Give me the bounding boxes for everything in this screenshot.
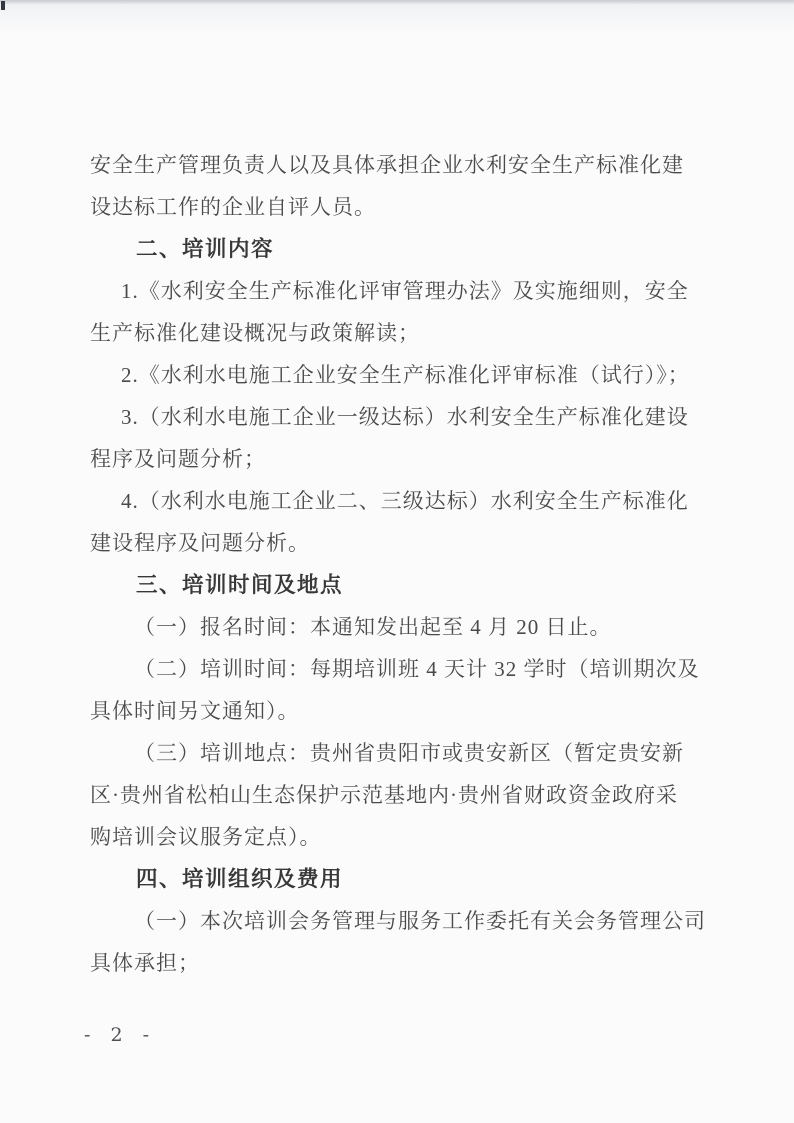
text-line: 具体承担；	[90, 942, 714, 984]
text-line: 建设程序及问题分析。	[90, 522, 714, 564]
numbered-item-3: 3.（水利水电施工企业一级达标）水利安全生产标准化建设 程序及问题分析；	[90, 396, 714, 480]
numbered-item-1: 1.《水利安全生产标准化评审管理办法》及实施细则，安全 生产标准化建设概况与政策…	[90, 270, 714, 354]
text-line: 4.（水利水电施工企业二、三级达标）水利安全生产标准化	[90, 480, 714, 522]
section-heading-time-place: 三、培训时间及地点	[90, 564, 714, 606]
paragraph-continuation: 安全生产管理负责人以及具体承担企业水利安全生产标准化建 设达标工作的企业自评人员…	[90, 144, 714, 228]
list-item-training-time: （二）培训时间：每期培训班 4 天计 32 学时（培训期次及 具体时间另文通知）…	[90, 648, 714, 732]
text-line: 安全生产管理负责人以及具体承担企业水利安全生产标准化建	[90, 144, 714, 186]
scan-edge-shadow	[0, 0, 794, 34]
text-line: 具体时间另文通知）。	[90, 690, 714, 732]
document-body: 安全生产管理负责人以及具体承担企业水利安全生产标准化建 设达标工作的企业自评人员…	[90, 144, 714, 984]
text-line: 3.（水利水电施工企业一级达标）水利安全生产标准化建设	[90, 396, 714, 438]
text-line: 设达标工作的企业自评人员。	[90, 186, 714, 228]
text-line: 购培训会议服务定点）。	[90, 816, 714, 858]
text-line: 2.《水利水电施工企业安全生产标准化评审标准（试行）》；	[90, 354, 714, 396]
scan-artifact-mark	[1, 1, 5, 10]
text-line: 1.《水利安全生产标准化评审管理办法》及实施细则，安全	[90, 270, 714, 312]
text-line: 程序及问题分析；	[90, 438, 714, 480]
list-item-registration-time: （一）报名时间：本通知发出起至 4 月 20 日止。	[90, 606, 714, 648]
list-item-training-place: （三）培训地点：贵州省贵阳市或贵安新区（暂定贵安新 区·贵州省松柏山生态保护示范…	[90, 732, 714, 858]
text-line: （一）本次培训会务管理与服务工作委托有关会务管理公司	[90, 900, 714, 942]
section-heading-organization-fees: 四、培训组织及费用	[90, 858, 714, 900]
text-line: 生产标准化建设概况与政策解读；	[90, 312, 714, 354]
numbered-item-2: 2.《水利水电施工企业安全生产标准化评审标准（试行）》；	[90, 354, 714, 396]
numbered-item-4: 4.（水利水电施工企业二、三级达标）水利安全生产标准化 建设程序及问题分析。	[90, 480, 714, 564]
page-number: - 2 -	[84, 1021, 156, 1049]
text-line: （一）报名时间：本通知发出起至 4 月 20 日止。	[90, 606, 714, 648]
scanned-document-page: 安全生产管理负责人以及具体承担企业水利安全生产标准化建 设达标工作的企业自评人员…	[0, 0, 794, 1123]
text-line: （三）培训地点：贵州省贵阳市或贵安新区（暂定贵安新	[90, 732, 714, 774]
text-line: 区·贵州省松柏山生态保护示范基地内·贵州省财政资金政府采	[90, 774, 714, 816]
text-line: （二）培训时间：每期培训班 4 天计 32 学时（培训期次及	[90, 648, 714, 690]
section-heading-training-content: 二、培训内容	[90, 228, 714, 270]
list-item-conference-management: （一）本次培训会务管理与服务工作委托有关会务管理公司 具体承担；	[90, 900, 714, 984]
